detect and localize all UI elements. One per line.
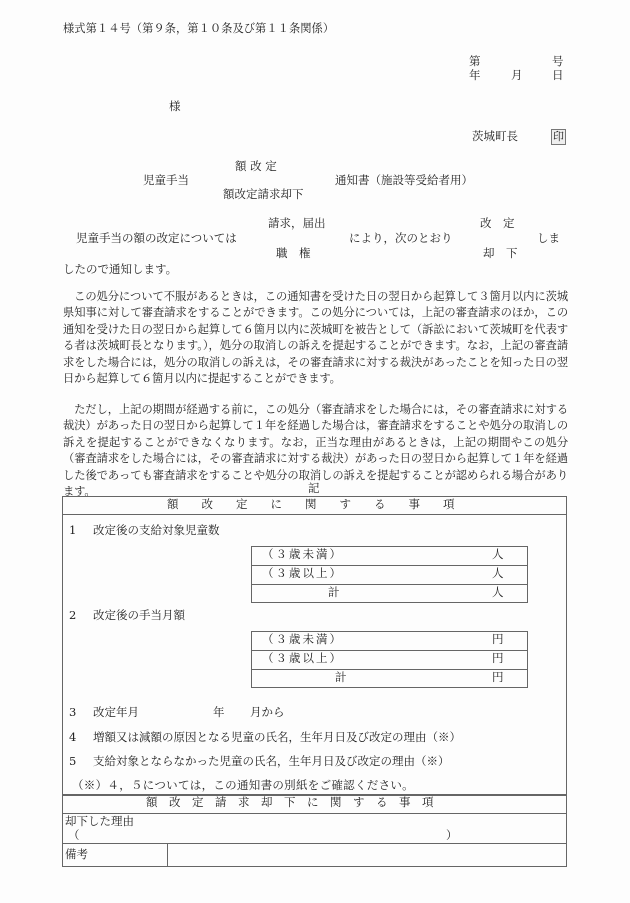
appeal-notice-text-1: この処分について不服があるときは，この通知書を受けた日の翌日から起算して３箇月以…	[63, 290, 568, 385]
title-option-revision: 額 改 定	[235, 161, 277, 173]
allowance-over3-label: （３歳以上）	[262, 653, 343, 665]
reason-option-request: 請求，届出	[268, 218, 326, 230]
allowance-total-label: 計	[335, 672, 347, 684]
date-year: 年	[469, 70, 481, 82]
child-count-row-divider	[251, 584, 528, 585]
form-number: 様式第１４号（第９条，第１０条及び第１１条関係）	[63, 23, 334, 34]
revision-heading-divider	[62, 514, 567, 515]
addressee-suffix: 様	[169, 101, 181, 113]
child-count-total-label: 計	[328, 587, 340, 599]
title-prefix: 児童手当	[143, 175, 189, 187]
child-count-over3-unit: 人	[492, 568, 504, 580]
intro-middle: により，次のとおり	[349, 233, 453, 245]
remarks-field[interactable]	[170, 846, 564, 864]
item1-label: 改定後の支給対象児童数	[93, 525, 220, 537]
allowance-under3-label: （３歳未満）	[262, 634, 343, 646]
child-count-under3-unit: 人	[492, 549, 504, 561]
item5-label: 支給対象とならなかった児童の氏名，生年月日及び改定の理由（※）	[93, 756, 450, 768]
item3-label: 改定年月	[93, 707, 139, 719]
item5-number: 5	[69, 756, 76, 768]
reason-option-authority: 職 権	[276, 248, 311, 260]
action-option-revise: 改 定	[480, 218, 515, 230]
number-prefix: 第	[469, 56, 481, 68]
date-month: 月	[511, 70, 523, 82]
revision-heading: 額 改 定 に 関 す る 事 項	[167, 499, 455, 511]
intro-continuation: したので通知します。	[63, 264, 177, 276]
allowance-under3-unit: 円	[492, 634, 504, 646]
date-day: 日	[552, 70, 564, 82]
intro-tail: しま	[537, 233, 560, 245]
issuer: 茨城町長	[472, 131, 518, 143]
allowance-over3-unit: 円	[492, 653, 504, 665]
item3-number: 3	[69, 707, 76, 719]
remarks-label: 備考	[65, 849, 88, 861]
item4-number: 4	[69, 732, 76, 744]
intro-lead: 児童手当の額の改定については	[76, 233, 237, 245]
seal-stamp: 印	[551, 129, 566, 145]
rejection-heading-divider	[62, 813, 567, 814]
item1-number: 1	[69, 525, 76, 537]
child-count-under3-label: （３歳未満）	[262, 549, 343, 561]
item4-label: 増額又は減額の原因となる児童の氏名，生年月日及び改定の理由（※）	[93, 732, 461, 744]
appeal-notice-paragraph-1: この処分について不服があるときは，この通知書を受けた日の翌日から起算して３箇月以…	[63, 289, 568, 387]
allowance-total-unit: 円	[492, 672, 504, 684]
rejection-reason-label: 却下した理由	[65, 816, 134, 828]
item3-year: 年	[213, 707, 225, 719]
item2-number: 2	[69, 610, 76, 622]
item2-label: 改定後の手当月額	[93, 610, 185, 622]
child-count-over3-label: （３歳以上）	[262, 568, 343, 580]
rejection-reason-paren-open: （	[68, 830, 80, 842]
number-suffix: 号	[552, 56, 564, 68]
attachment-note: （※）４，５については，この通知書の別紙をご確認ください。	[72, 780, 414, 792]
child-count-total-unit: 人	[492, 587, 504, 599]
action-option-reject: 却 下	[483, 248, 518, 260]
item3-month-from: 月から	[250, 707, 285, 719]
title-suffix: 通知書（施設等受給者用）	[335, 175, 473, 187]
allowance-row-divider	[251, 669, 528, 670]
rejection-reason-paren-close: ）	[446, 830, 458, 842]
remarks-divider	[62, 843, 567, 844]
remarks-column-divider	[167, 843, 168, 867]
title-option-rejection: 額改定請求却下	[223, 189, 304, 201]
rejection-heading: 額 改 定 請 求 却 下 に 関 す る 事 項	[146, 797, 434, 809]
ki-marker: 記	[308, 483, 320, 495]
